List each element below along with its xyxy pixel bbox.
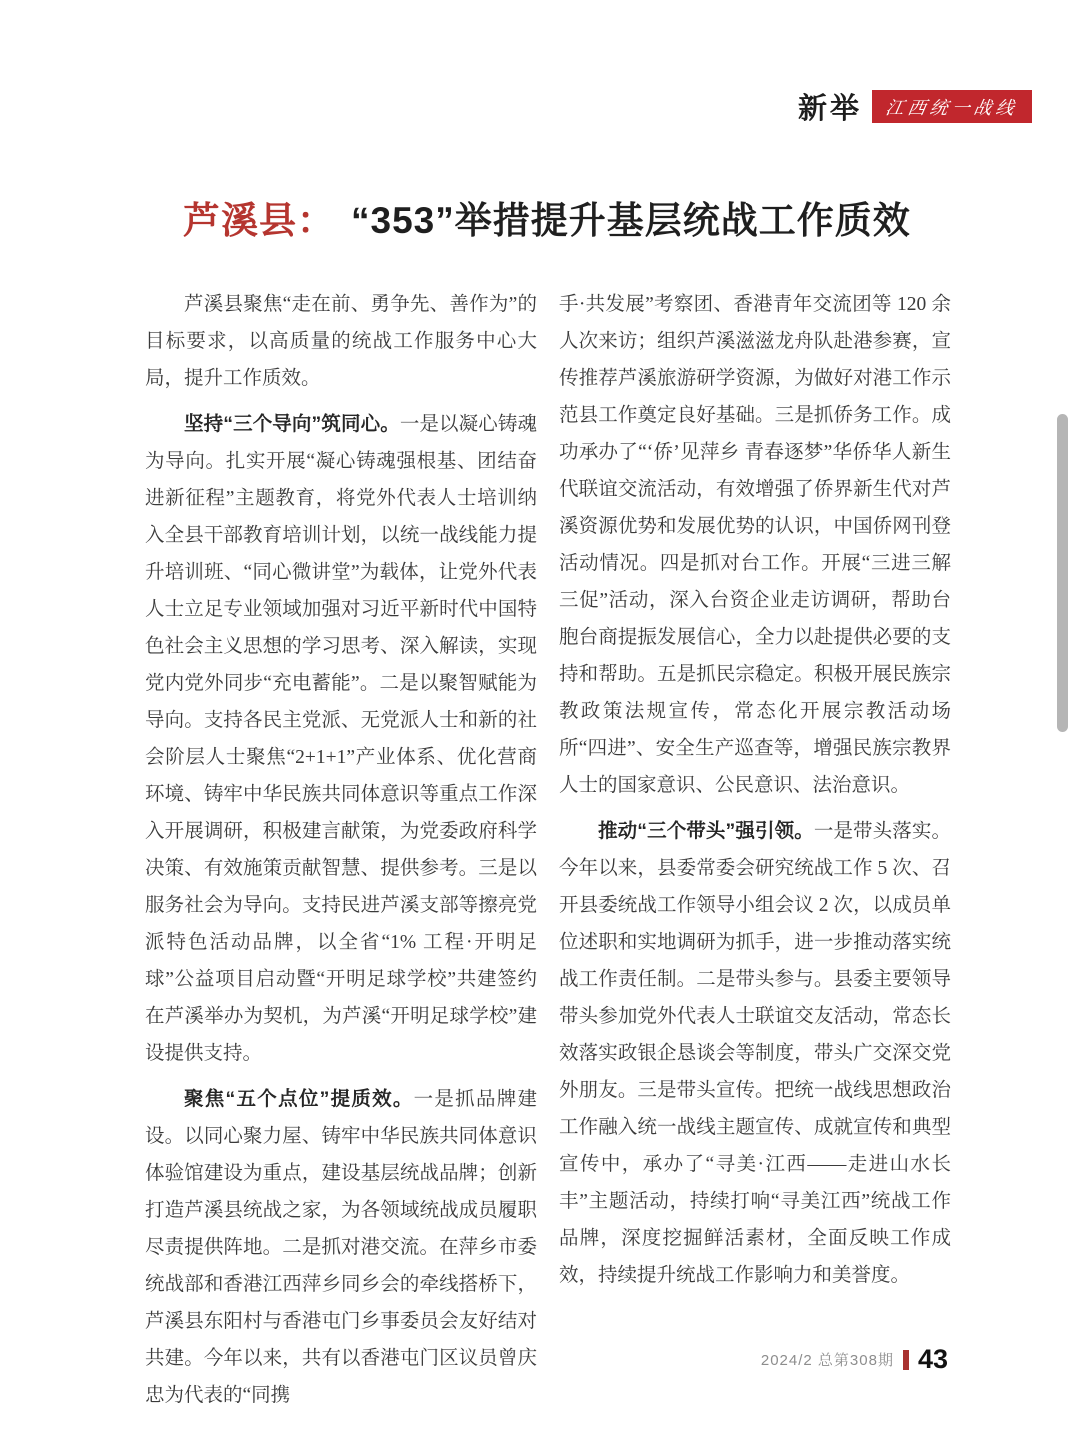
paragraph-lead-heading: 聚焦“五个点位”提质效。 (184, 1088, 414, 1110)
paragraph-body: 一是以凝心铸魂为导向。扎实开展“凝心铸魂强根基、团结奋进新征程”主题教育，将党外… (145, 414, 537, 1064)
section-label: 新举 (798, 86, 862, 127)
paragraph-body: 一是带头落实。今年以来，县委常委会研究统战工作 5 次、召开县委统战工作领导小组… (559, 821, 951, 1286)
paragraph-lead-heading: 坚持“三个导向”筑同心。 (184, 413, 400, 435)
article-paragraph: 聚焦“五个点位”提质效。一是抓品牌建设。以同心聚力屋、铸牢中华民族共同体意识体验… (145, 1081, 537, 1414)
article-paragraph: 芦溪县聚焦“走在前、勇争先、善作为”的目标要求，以高质量的统战工作服务中心大局，… (145, 286, 537, 397)
right-column: 手·共发展”考察团、香港青年交流团等 120 余人次来访；组织芦溪滋滋龙舟队赴港… (559, 286, 951, 1423)
paragraph-body: 芦溪县聚焦“走在前、勇争先、善作为”的目标要求，以高质量的统战工作服务中心大局，… (145, 294, 537, 389)
article-body: 芦溪县聚焦“走在前、勇争先、善作为”的目标要求，以高质量的统战工作服务中心大局，… (145, 286, 951, 1423)
scrollbar-thumb[interactable] (1057, 414, 1068, 732)
page-number: 43 (918, 1344, 948, 1375)
article-title: 芦溪县：“353”举措提升基层统战工作质效 (183, 190, 911, 244)
paragraph-body: 一是抓品牌建设。以同心聚力屋、铸牢中华民族共同体意识体验馆建设为重点，建设基层统… (145, 1089, 537, 1406)
banner-calligraphy-text: 江西统一战线 (884, 94, 1021, 120)
article-title-prefix: 芦溪县： (183, 200, 335, 241)
magazine-page: 新举 江西统一战线 芦溪县：“353”举措提升基层统战工作质效 芦溪县聚焦“走在… (0, 0, 1080, 1447)
masthead-banner: 江西统一战线 (872, 90, 1032, 123)
article-title-main: “353”举措提升基层统战工作质效 (351, 200, 911, 241)
article-paragraph: 推动“三个带头”强引领。一是带头落实。今年以来，县委常委会研究统战工作 5 次、… (559, 813, 951, 1294)
paragraph-body: 手·共发展”考察团、香港青年交流团等 120 余人次来访；组织芦溪滋滋龙舟队赴港… (559, 294, 951, 796)
page-footer: 2024/2 总第308期 43 (761, 1344, 948, 1375)
issue-info: 2024/2 总第308期 (761, 1349, 894, 1370)
paragraph-lead-heading: 推动“三个带头”强引领。 (598, 820, 814, 842)
article-paragraph: 坚持“三个导向”筑同心。一是以凝心铸魂为导向。扎实开展“凝心铸魂强根基、团结奋进… (145, 406, 537, 1072)
left-column: 芦溪县聚焦“走在前、勇争先、善作为”的目标要求，以高质量的统战工作服务中心大局，… (145, 286, 537, 1423)
page-header: 新举 江西统一战线 (798, 86, 1032, 127)
footer-divider-bar (903, 1350, 909, 1370)
article-paragraph: 手·共发展”考察团、香港青年交流团等 120 余人次来访；组织芦溪滋滋龙舟队赴港… (559, 286, 951, 804)
